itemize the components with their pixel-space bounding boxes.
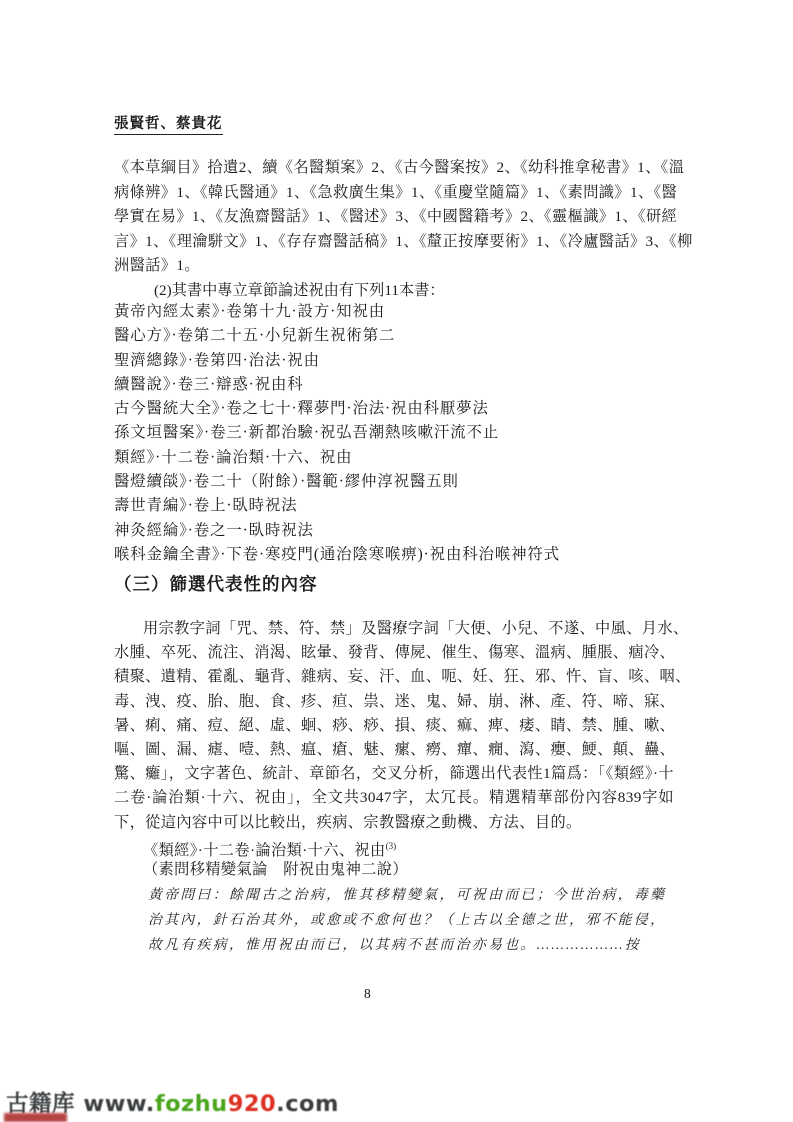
paragraph-line: 積聚、遺精、霍亂、龜背、雜病、妄、汗、血、呃、妊、狂、邪、忤、盲、咳、咽、 [114,665,674,689]
list-item: 聖濟總錄》·卷第四·治法·祝由 [114,349,674,373]
list-item: 孫文垣醫案》·卷三·新都治驗·祝弘吾潮熱咳嗽汗流不止 [114,421,674,445]
watermark-green-text: fozhu [155,1091,228,1117]
paragraph-line: 水腫、卒死、流注、消渴、眩暈、發背、傳屍、催生、傷寒、溫病、腫脹、痼冷、 [114,641,674,665]
list-item: 壽世青編》·卷上·臥時祝法 [114,494,674,518]
list-item: 古今醫統大全》·卷之七十·釋夢門·治法·祝由科厭夢法 [114,397,674,421]
block-quote: 黃帝問曰：餘聞古之治病，惟其移精變氣，可祝由而已；今世治病，毒藥 治其內，針石治… [148,883,656,957]
list-item: 醫燈續燄》·卷二十（附餘）·醫範·繆仲淳祝醫五則 [114,470,674,494]
citation-subtitle: （素問移精變氣論 附祝由鬼神二說） [114,858,674,882]
paragraph-book-counts: 《本草綱目》拾遺2、續《名醫類案》2、《古今醫案按》2、《幼科推拿秘書》1、《溫… [114,156,674,279]
paragraph-line: 病條辨》1、《韓氏醫通》1、《急救廣生集》1、《重慶堂隨篇》1、《素問識》1、《… [114,181,674,206]
paragraph-line: 學實在易》1、《友漁齋醫話》1、《醫述》3、《中國醫籍考》2、《靈樞識》1、《研… [114,205,674,230]
quote-line: 故凡有疾病，惟用祝由而已，以其病不甚而治亦易也。………………按 [148,933,656,958]
paragraph-line: 洲醫話》1。 [114,254,674,279]
paragraph-line: 驚、癱」，文字著色、統計、章節名，交叉分析，篩選出代表性1篇爲：「《類經》·十 [114,762,674,786]
paragraph-line: 《本草綱目》拾遺2、續《名醫類案》2、《古今醫案按》2、《幼科推拿秘書》1、《溫 [114,156,674,181]
list-item: 黃帝內經太素》·卷第十九·設方·知祝由 [114,300,674,324]
quote-line: 黃帝問曰：餘聞古之治病，惟其移精變氣，可祝由而已；今世治病，毒藥 [148,883,656,908]
paragraph-line: 言》1、《理瀹駢文》1、《存存齋醫話稿》1、《釐正按摩要術》1、《冷廬醫話》3、… [114,230,674,255]
section-heading: （三）篩選代表性的內容 [114,571,674,596]
watermark-suffix: .com [276,1091,339,1117]
list-item: 神灸經綸》·卷之一·臥時祝法 [114,519,674,543]
author-names: 張賢哲、蔡貴花 [114,112,223,135]
paper-page: 張賢哲、蔡貴花 《本草綱目》拾遺2、續《名醫類案》2、《古今醫案按》2、《幼科推… [0,0,793,1122]
paragraph-line: 暑、痢、痛、痘、絕、虛、蛔、痧、痧、損、痰、痲、痺、痿、睛、禁、腫、嗽、 [114,714,674,738]
quote-line: 治其內，針石治其外，或愈或不愈何也？（上古以全德之世，邪不能侵， [148,908,656,933]
paragraph-line: 用宗教字詞「咒、禁、符、禁」及醫療字詞「大便、小兒、不遂、中風、月水、 [114,617,674,641]
paragraph-line: 下，從這內容中可以比較出，疾病、宗教醫療之動機、方法、目的。 [114,811,674,835]
paragraph-line: 二卷·論治類·十六、祝由」，全文共3047字，太冗長。精選精華部份內容839字如 [114,786,674,810]
paragraph-line: 毒、洩、疫、胎、胞、食、疹、疸、祟、迷、鬼、婦、崩、淋、產、符、啼、寐、 [114,690,674,714]
list-item: 喉科金鑰全書》·下卷·寒疫門(通治陰寒喉痹)·祝由科治喉神符式 [114,543,674,567]
book-list: 黃帝內經太素》·卷第十九·設方·知祝由 醫心方》·卷第二十五·小兒新生祝術第二 … [114,300,674,567]
running-header: 張賢哲、蔡貴花 [114,112,674,135]
red-stamp-cutoff [4,1113,67,1122]
footnote-marker: (3) [386,841,397,851]
list-item: 類經》·十二卷·論治類·十六、祝由 [114,446,674,470]
citation-text: 《類經》·十二卷·論治類·十六、祝由 [143,842,386,859]
paragraph-line: 嘔、圖、漏、瘧、噎、熱、瘟、瘡、魅、瘰、癆、癉、癇、瀉、癭、鯁、顛、蠱、 [114,738,674,762]
page-number: 8 [364,986,371,1002]
list-item: 醫心方》·卷第二十五·小兒新生祝術第二 [114,324,674,348]
list-item: 續醫說》·卷三·辯惑·祝由科 [114,373,674,397]
paragraph-analysis: 用宗教字詞「咒、禁、符、禁」及醫療字詞「大便、小兒、不遂、中風、月水、 水腫、卒… [114,617,674,835]
watermark-red-text: 920 [228,1091,276,1117]
